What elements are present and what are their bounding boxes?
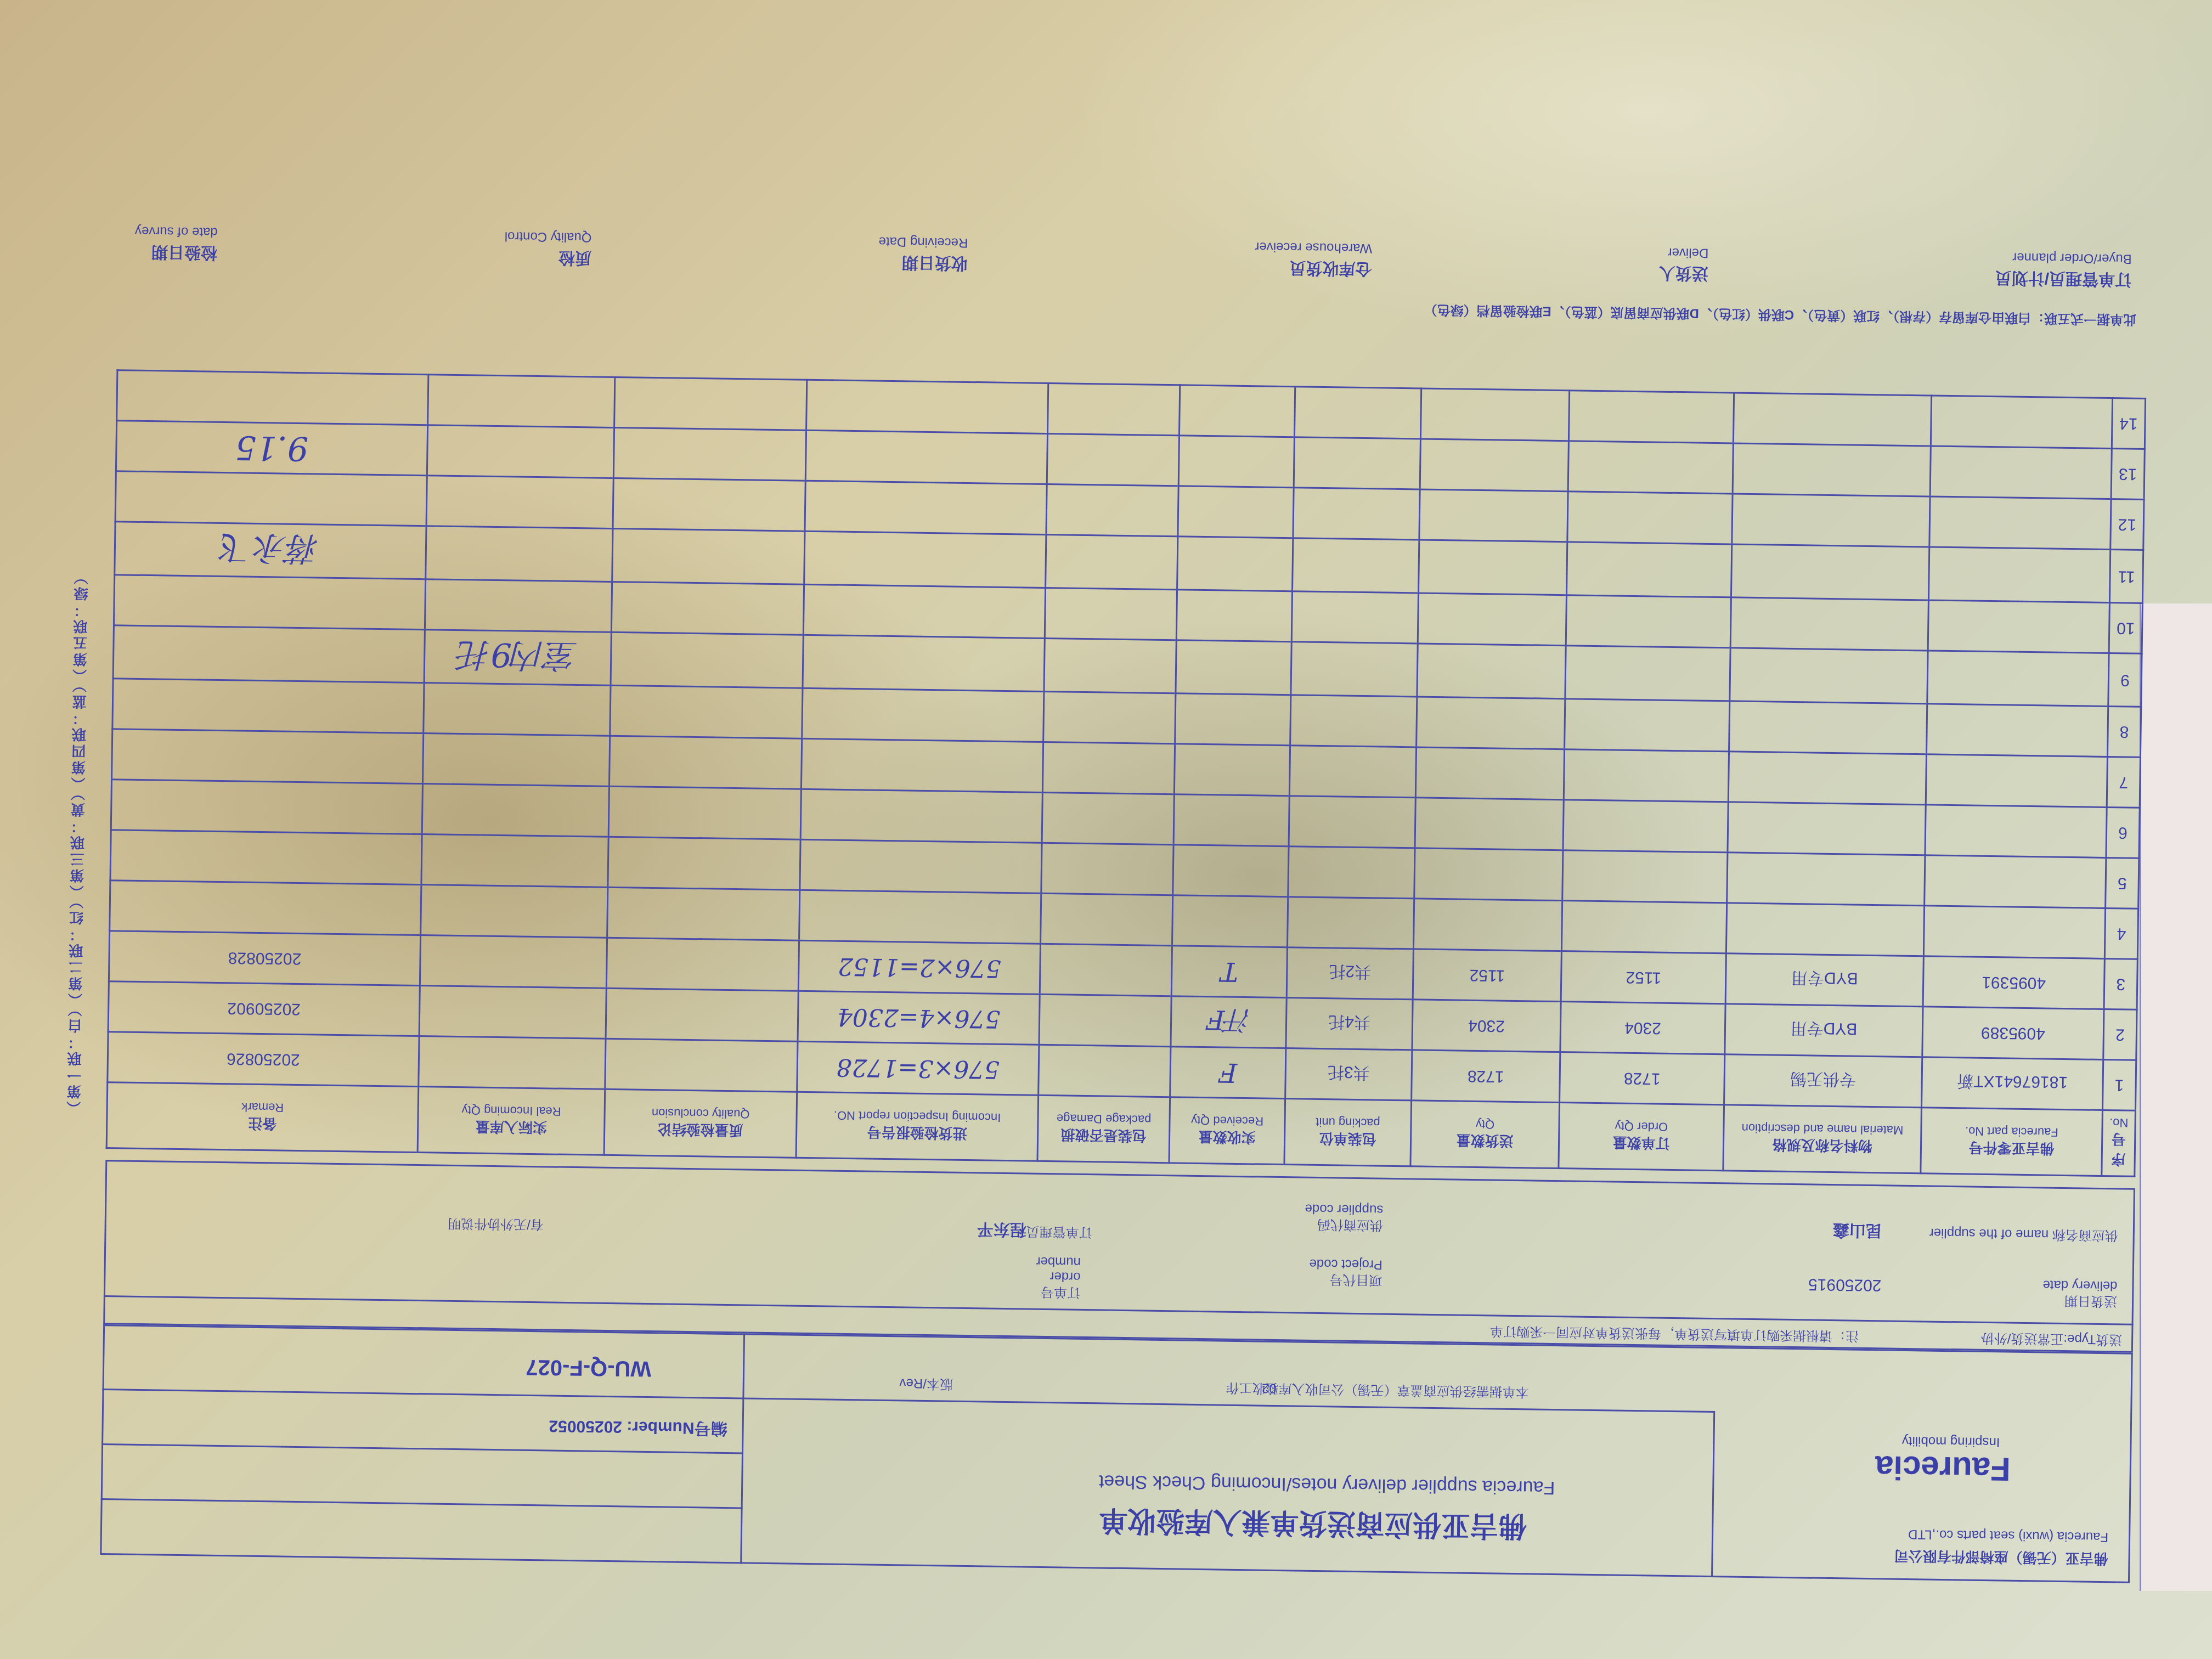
cell-order-qty: 1152: [1561, 951, 1726, 1004]
header-cn: 质量检验结论: [610, 1119, 791, 1142]
cell-qty: 1152: [1413, 949, 1561, 1002]
items-table: 序号No. 佛吉亚零件号Faurecia part No. 物料名称及规格Mat…: [106, 369, 2146, 1177]
sig-en: Quality Control: [505, 229, 592, 245]
header-cn: 佛吉亚零件号: [1926, 1137, 2097, 1160]
cell-no: 1: [2102, 1059, 2136, 1110]
cell-damage: [1039, 994, 1171, 1046]
signature-receiving-date: 收货日期Receiving Date: [878, 233, 968, 272]
cell-order-qty: 2304: [1560, 1002, 1725, 1054]
info-block: [103, 1160, 2135, 1353]
cell-no: 4: [2104, 908, 2138, 959]
signature-survey-date: 检验日期date of survey: [134, 223, 218, 262]
underlying-paper: [2140, 603, 2212, 1591]
delivery-date-value: 20250915: [1808, 1274, 1882, 1294]
project-code-label: 项目代号 Project code: [1289, 1256, 1383, 1288]
cell-remark: 20250826: [108, 1032, 419, 1087]
cell-no: 2: [2103, 1009, 2137, 1060]
signature-quality: 质检Quality Control: [504, 228, 592, 267]
cell-no: 12: [2111, 499, 2144, 550]
cell-received: F: [1170, 1047, 1286, 1099]
cell-no: 10: [2109, 603, 2142, 654]
sig-cn: 质检: [558, 248, 591, 267]
col-header-damage: 包装是否破损package Damage: [1037, 1095, 1170, 1163]
col-header-remark: 备注Remark: [106, 1082, 419, 1153]
header-en: Faurecia part No.: [1926, 1123, 2097, 1139]
col-header-part: 佛吉亚零件号Faurecia part No.: [1921, 1108, 2103, 1176]
clerk-label: 订单管理员: [1026, 1223, 1092, 1239]
cell-no: 5: [2106, 857, 2139, 909]
header-cn: 备注: [112, 1112, 413, 1137]
header-cn: 包装单位: [1290, 1128, 1406, 1150]
supplier-name-value: 昆山鑫: [1833, 1220, 1882, 1240]
header-cn: 送货数量: [1416, 1130, 1554, 1153]
col-header-no: 序号No.: [2102, 1110, 2136, 1176]
col-header-desc: 物料名称及规格Material name and description: [1723, 1105, 1922, 1173]
sig-cn: 检验日期: [151, 242, 217, 262]
cell-report: 576×4=2304: [798, 991, 1040, 1045]
cell-unit: 共2托: [1286, 947, 1413, 1000]
cell-real-qty: [419, 986, 606, 1039]
cell-part: 18167641XT新: [1922, 1057, 2103, 1110]
cell-desc: BYD专用: [1725, 1004, 1923, 1057]
cell-damage: [1039, 1045, 1171, 1097]
delivery-note-sheet: 佛吉亚（无锡）座椅部件有限公司 Faurecia (wuxi) seat par…: [100, 150, 2149, 1583]
handwritten-date: 9.15: [116, 421, 427, 476]
header-cn: 实收数量: [1175, 1127, 1279, 1149]
header-en: Order Qty: [1564, 1118, 1718, 1135]
form-title-cn: 佛吉亚供应商送货单兼入库验收单: [1099, 1503, 1527, 1542]
header-cn: 实际入库量: [423, 1116, 599, 1139]
signature-row: 订单管理员/计划员Buyer/Order planner 送货人Deliver …: [134, 223, 2132, 289]
col-header-order-qty: 订单数量Order Qty: [1559, 1103, 1724, 1171]
copies-side-note: （第一联：白）（第二联：红）（第三联：黄）（第四联：蓝）（第五联：绿）: [64, 568, 92, 1115]
company-name-cn: 佛吉亚（无锡）座椅部件有限公司: [1894, 1547, 2108, 1566]
rev-label: 版本/Rev: [899, 1375, 953, 1391]
logo-tagline: Inspiring mobility: [1902, 1433, 2000, 1449]
cell-damage: [1040, 944, 1172, 996]
sig-cn: 送货人: [1659, 263, 1708, 282]
col-header-unit: 包装单位packing unit: [1284, 1099, 1412, 1166]
number-label-text: 编号Number:: [627, 1418, 727, 1437]
cell-no: 11: [2109, 550, 2143, 603]
sig-cn: 收货日期: [902, 253, 968, 272]
cell-no: 13: [2111, 449, 2145, 500]
header-cn: 包装是否破损: [1043, 1125, 1164, 1147]
sig-cn: 仓库收货员: [1289, 258, 1372, 278]
header-en: packing unit: [1290, 1114, 1406, 1130]
cell-report: 576×2=1152: [798, 940, 1040, 994]
supplier-code-label: 供应商代码 supplier code: [1273, 1201, 1384, 1233]
cell-desc: BYD专用: [1725, 953, 1923, 1007]
cell-real-qty: [419, 1036, 606, 1090]
col-header-quality: 质量检验结论Quality conclusion: [604, 1089, 797, 1158]
cell-received: 汗F: [1171, 996, 1286, 1048]
cell-no: 9: [2108, 653, 2142, 707]
cell-no: 14: [2112, 398, 2145, 449]
sig-cn: 订单管理员/计划员: [1995, 268, 2132, 288]
cell-no: 8: [2107, 707, 2141, 758]
header-en: Received Qty: [1175, 1113, 1279, 1128]
form-code: WU-Q-F-027: [526, 1355, 652, 1381]
number-value: 20250052: [549, 1417, 622, 1436]
cell-quality: [606, 988, 798, 1041]
header-en: package Damage: [1043, 1111, 1164, 1127]
header-en: Material name and description: [1729, 1120, 1916, 1137]
sig-en: Deliver: [1667, 245, 1708, 261]
signature-warehouse: 仓库收货员Warehouse receiver: [1255, 238, 1373, 278]
handwritten-signature: 蒋永飞: [115, 522, 426, 579]
external-parts-label: 有/无外协件说明: [448, 1215, 544, 1232]
header-block: [100, 1324, 2133, 1583]
delivery-type: 送货Type:正常送货/外协: [1981, 1330, 2123, 1347]
cell-part: 4095389: [1922, 1007, 2104, 1060]
handwritten-note: 室内9托: [424, 630, 611, 686]
cell-part: 4095391: [1923, 956, 2104, 1009]
cell-remark: 20250828: [109, 931, 420, 986]
cell-received: T: [1171, 946, 1287, 998]
cell-unit: 共3托: [1285, 1048, 1412, 1101]
sig-en: Warehouse receiver: [1255, 240, 1372, 256]
copies-note: 此单据一式五联：白联由仓库留存（存根）、红联（黄色）、C联供（红色）、D联供应商…: [1424, 302, 2136, 327]
clerk-value: 程东平: [977, 1219, 1026, 1239]
header-cn: 物料名称及规格: [1729, 1135, 1916, 1158]
cell-order-qty: 1728: [1560, 1052, 1725, 1105]
delivery-date-label: 送货日期 delivery date: [2024, 1277, 2118, 1309]
cell-qty: 1728: [1412, 1050, 1560, 1103]
header-en: Quality conclusion: [610, 1105, 791, 1122]
cell-unit: 共4托: [1286, 998, 1413, 1050]
number-label: 编号Number: 20250052: [549, 1416, 727, 1437]
header-cn: 订单数量: [1564, 1132, 1718, 1155]
cell-remark: 20250902: [108, 981, 420, 1036]
cell-no: 3: [2104, 958, 2137, 1009]
header-en: Real Incoming Qty: [424, 1102, 600, 1119]
col-header-real-qty: 实际入库量Real Incoming Qty: [417, 1087, 605, 1155]
cell-no: 7: [2107, 757, 2140, 808]
sig-en: date of survey: [135, 224, 218, 240]
cell-quality: [606, 938, 799, 991]
company-name-en: Faurecia (wuxi) seat parts co.,LTD: [1908, 1526, 2108, 1544]
col-header-qty: 送货数量Qty: [1410, 1101, 1560, 1169]
header-en: Qty: [1416, 1116, 1554, 1132]
supplier-name-label: 供应商名称 name of the supplier: [1929, 1225, 2118, 1243]
header-cn: 序号: [2107, 1130, 2130, 1171]
sig-en: Buyer/Order planner: [2012, 250, 2132, 267]
col-header-report: 进货检验报告号Incoming Inspection report NO.: [796, 1092, 1039, 1161]
signature-deliver: 送货人Deliver: [1659, 244, 1709, 282]
cell-desc: 专供无锡: [1724, 1054, 1922, 1108]
sig-en: Receiving Date: [878, 234, 968, 250]
col-header-received: 实收数量Received Qty: [1169, 1097, 1285, 1165]
signature-buyer: 订单管理员/计划员Buyer/Order planner: [1995, 249, 2132, 288]
order-number-label: 订单号 order number: [1025, 1254, 1081, 1300]
cell-no: 6: [2106, 807, 2140, 858]
header-cn: 进货检验报告号: [802, 1122, 1032, 1145]
faurecia-logo: Faurecia: [1875, 1448, 2011, 1488]
header-en: No.: [2107, 1116, 2130, 1131]
cell-report: 576×3=1728: [797, 1041, 1039, 1095]
cell-qty: 2304: [1412, 1000, 1561, 1052]
cell-real-qty: [420, 935, 607, 989]
cell-quality: [605, 1039, 798, 1092]
